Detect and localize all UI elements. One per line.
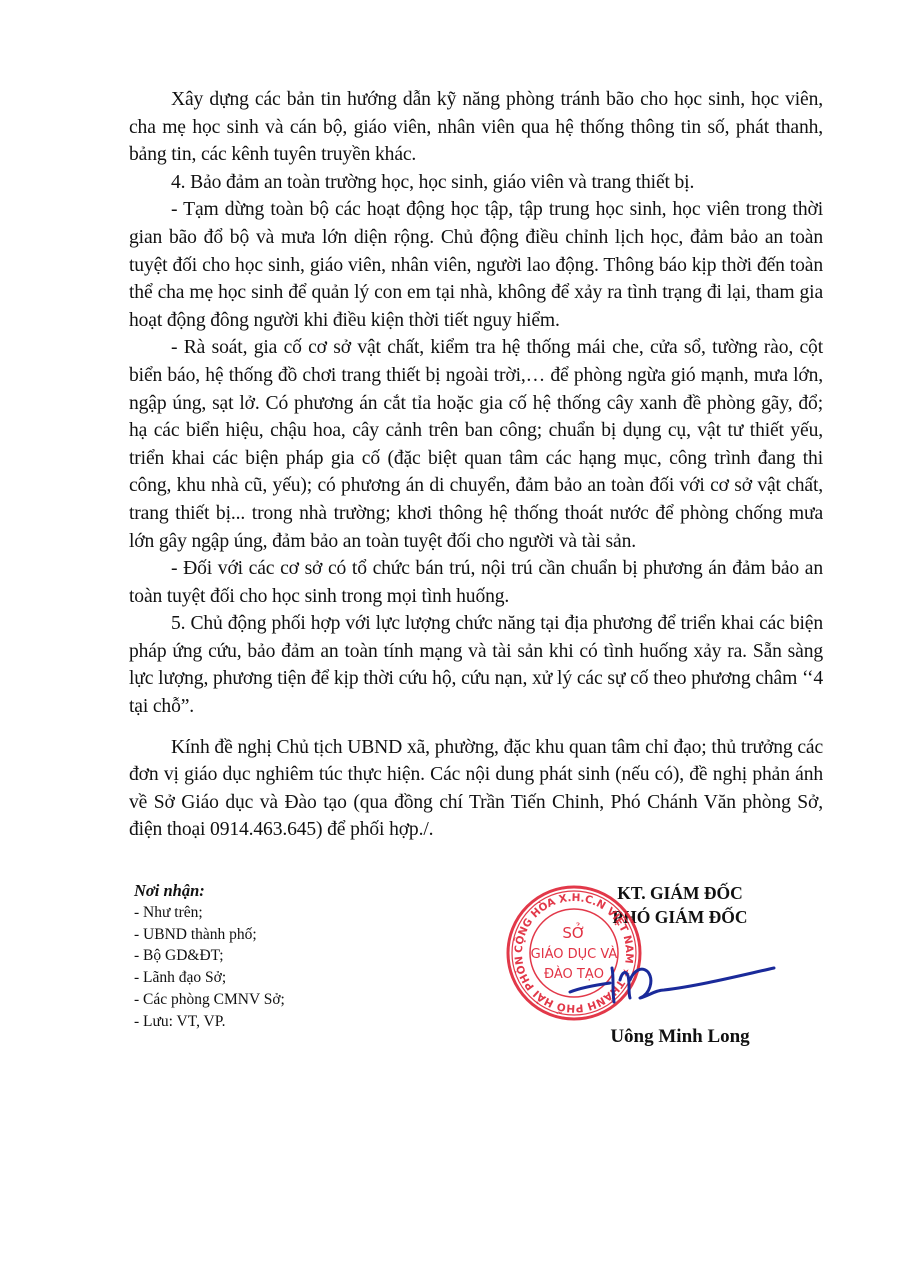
paragraph-news-bulletins: Xây dựng các bản tin hướng dẫn kỹ năng p… bbox=[129, 86, 823, 169]
recipient-item: - Như trên; bbox=[134, 902, 285, 924]
heading-section-4: 4. Bảo đảm an toàn trường học, học sinh,… bbox=[129, 169, 823, 197]
paragraph-closing-request: Kính đề nghị Chủ tịch UBND xã, phường, đ… bbox=[129, 734, 823, 844]
paragraph-review-facilities: - Rà soát, gia cố cơ sở vật chất, kiểm t… bbox=[129, 334, 823, 555]
recipient-item: - Các phòng CMNV Sở; bbox=[134, 989, 285, 1011]
signer-name: Uông Minh Long bbox=[580, 1026, 780, 1048]
handwritten-signature-icon bbox=[568, 950, 778, 1010]
recipients-title: Nơi nhận: bbox=[134, 880, 285, 902]
recipient-item: - Lưu: VT, VP. bbox=[134, 1011, 285, 1033]
stamp-center-line1: SỞ bbox=[562, 922, 585, 942]
recipient-item: - Lãnh đạo Sở; bbox=[134, 967, 285, 989]
paragraph-boarding-schools: - Đối với các cơ sở có tổ chức bán trú, … bbox=[129, 555, 823, 610]
document-body: Xây dựng các bản tin hướng dẫn kỹ năng p… bbox=[129, 86, 823, 844]
heading-section-5: 5. Chủ động phối hợp với lực lượng chức … bbox=[129, 610, 823, 720]
recipients-list: Nơi nhận: - Như trên; - UBND thành phố; … bbox=[134, 880, 285, 1033]
recipient-item: - UBND thành phố; bbox=[134, 924, 285, 946]
paragraph-suspend-activities: - Tạm dừng toàn bộ các hoạt động học tập… bbox=[129, 196, 823, 334]
recipient-item: - Bộ GD&ĐT; bbox=[134, 945, 285, 967]
